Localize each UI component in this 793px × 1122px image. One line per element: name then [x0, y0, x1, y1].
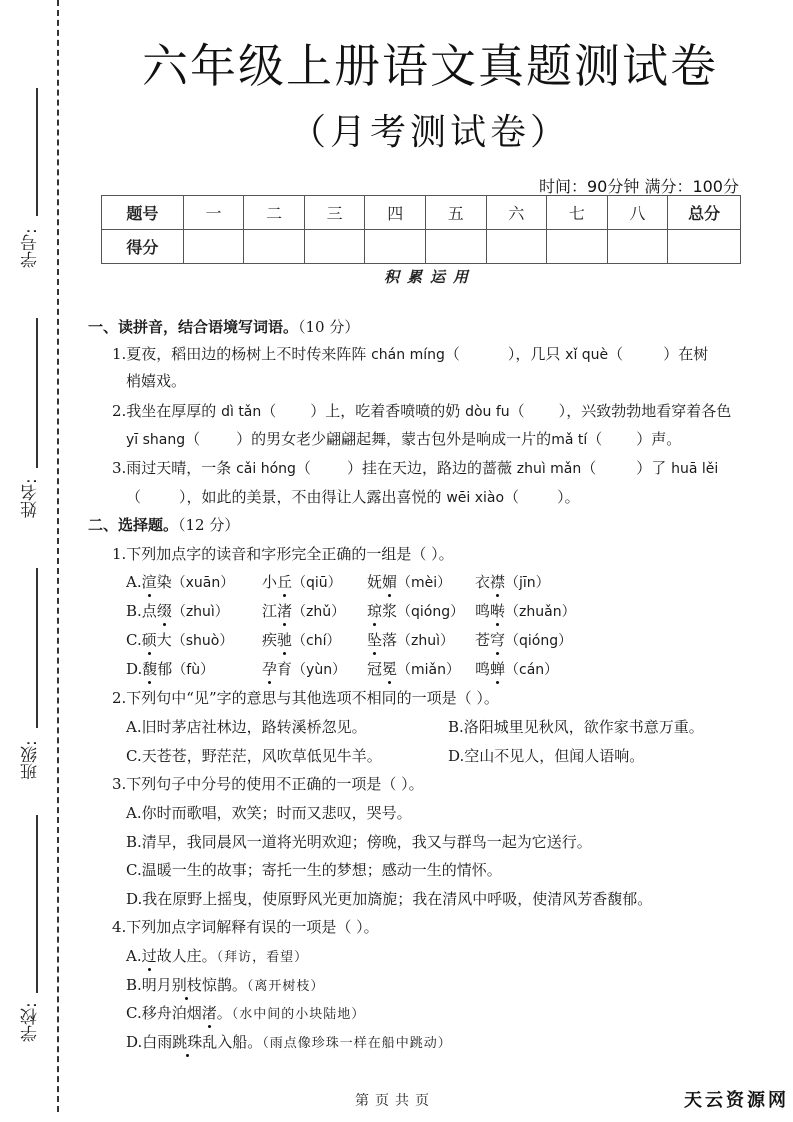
- s2-q3-option-b[interactable]: B.清早，我同晨风一道将光明欢迎；傍晚，我又与群鸟一起为它送行。: [126, 831, 592, 852]
- dotted-char: 穹: [490, 631, 505, 649]
- word-char: 点: [142, 602, 157, 620]
- pinyin: dòu fu: [465, 404, 510, 420]
- option-b-item-2: 江渚（zhǔ）: [262, 600, 345, 621]
- answer-blank[interactable]: （）: [504, 488, 565, 506]
- pinyin: yī shang: [126, 432, 185, 448]
- s2-q4-option-b[interactable]: B.明月别枝惊鹊。（离开树枝）: [126, 974, 324, 995]
- watermark-logo: 天云资源网: [684, 1086, 789, 1112]
- table-cell: 题号: [102, 196, 184, 230]
- section-2-points: （12 分）: [178, 516, 239, 534]
- pinyin: （zhuǎn）: [505, 604, 576, 620]
- word-char: 落: [382, 631, 397, 649]
- answer-blank[interactable]: （）: [445, 345, 516, 363]
- s1-q1-line2: 梢嬉戏。: [126, 370, 186, 391]
- word-char: 浆: [382, 602, 397, 620]
- table-cell: 总分: [668, 196, 741, 230]
- dotted-char: 渚: [202, 1004, 217, 1022]
- word-char: 鸣: [475, 602, 490, 620]
- pinyin: （miǎn）: [397, 662, 460, 678]
- word-char: 衣: [475, 573, 490, 591]
- s2-q3-option-d[interactable]: D.我在原野上摇曳，使原野风光更加旖旎；我在清风中呼吸，使清风芳香馥郁。: [126, 888, 652, 909]
- option-text: 故人庄。: [157, 947, 217, 965]
- exam-meta: 时间：90分钟 满分：100分: [539, 174, 739, 197]
- word-char: 江: [262, 602, 277, 620]
- option-b-item-4: 鸣啭（zhuǎn）: [475, 600, 576, 621]
- option-text: 惊鹊。: [202, 976, 247, 994]
- s2-q2-option-a[interactable]: A.旧时茅店社林边，路转溪桥忽见。: [126, 716, 367, 737]
- score-input-cell[interactable]: [365, 230, 426, 264]
- page-number: 第页共页: [355, 1090, 435, 1110]
- option-d-item-3: 冠冕（miǎn）: [367, 658, 460, 679]
- option-c-item-3: 坠落（zhuì）: [367, 629, 454, 650]
- score-input-cell[interactable]: [668, 230, 741, 264]
- question-text: ，几只: [515, 345, 565, 363]
- student-id-field-line[interactable]: [36, 88, 38, 216]
- dotted-char: 馥: [142, 660, 157, 678]
- s2-q2-option-b[interactable]: B.洛阳城里见秋风，欲作家书意万重。: [448, 716, 704, 737]
- option-c-item-2: 疾驰（chí）: [262, 629, 341, 650]
- dotted-char: 蝉: [490, 660, 505, 678]
- option-c-item-4: 苍穹（qióng）: [475, 629, 572, 650]
- pinyin: （shuò）: [172, 633, 234, 649]
- explanation: （雨点像珍珠一样在船中跳动）: [262, 1036, 452, 1051]
- option-text: A.: [126, 947, 142, 965]
- score-input-cell[interactable]: [304, 230, 365, 264]
- option-c[interactable]: C.硕大（shuò）: [126, 629, 233, 650]
- explanation: （水中间的小块陆地）: [232, 1007, 366, 1022]
- table-cell: 八: [607, 196, 668, 230]
- pinyin: mǎ tí: [551, 432, 587, 448]
- section-1-title: 一、读拼音，结合语境写词语。: [88, 318, 298, 336]
- question-text: 声。: [651, 430, 681, 448]
- score-table: 题号 一 二 三 四 五 六 七 八 总分 得分: [101, 195, 741, 264]
- table-cell: 五: [426, 196, 487, 230]
- dotted-char: 渲: [142, 573, 157, 591]
- s2-q1-stem: 1.下列加点字的读音和字形完全正确的一组是（ ）。: [112, 543, 454, 564]
- option-letter: A.: [126, 573, 142, 591]
- option-letter: C.: [126, 631, 142, 649]
- dotted-char: 媚: [382, 573, 397, 591]
- s1-q3-line2: （），如此的美景，不由得让人露出喜悦的 wēi xiào（）。: [126, 486, 580, 507]
- option-letter: D.: [126, 660, 142, 678]
- score-table-score-row: 得分: [102, 230, 741, 264]
- word-char: 育: [277, 660, 292, 678]
- answer-blank[interactable]: （）: [126, 488, 187, 506]
- question-text: ，如此的美景，不由得让人露出喜悦的: [187, 488, 447, 506]
- s1-q3-line1: 3.雨过天晴，一条 cǎi hóng（）挂在天边，路边的蔷薇 zhuì mǎn（…: [112, 457, 718, 478]
- dotted-char: 别枝: [172, 976, 202, 994]
- answer-blank[interactable]: （）: [581, 459, 651, 477]
- pinyin: zhuì mǎn: [517, 461, 582, 477]
- dotted-char: 啭: [490, 602, 505, 620]
- section-1-points: （10 分）: [298, 318, 359, 336]
- answer-blank[interactable]: （）: [510, 402, 567, 420]
- dotted-char: 渚: [277, 602, 292, 620]
- pinyin: （qióng）: [505, 633, 572, 649]
- cut-line: [57, 0, 59, 1112]
- word-char: 冠: [367, 660, 382, 678]
- score-input-cell[interactable]: [426, 230, 487, 264]
- s2-q2-option-d[interactable]: D.空山不见人，但闻人语响。: [448, 745, 644, 766]
- pinyin: （mèi）: [397, 575, 451, 591]
- class-field-line[interactable]: [36, 568, 38, 728]
- dotted-char: 硕: [142, 631, 157, 649]
- pinyin: （zhuì）: [172, 604, 229, 620]
- score-input-cell[interactable]: [547, 230, 608, 264]
- option-b[interactable]: B.点缀（zhuì）: [126, 600, 229, 621]
- option-a[interactable]: A.渲染（xuān）: [126, 571, 234, 592]
- pinyin: （jīn）: [505, 575, 550, 591]
- s1-q1-line1: 1.夏夜，稻田边的杨树上不时传来阵阵 chán míng（），几只 xǐ què…: [112, 343, 708, 364]
- table-cell: 一: [183, 196, 244, 230]
- pinyin: （qiū）: [292, 575, 342, 591]
- pinyin: （chí）: [292, 633, 340, 649]
- page-title: 六年级上册语文真题测试卷: [90, 30, 770, 96]
- s2-q4-option-d[interactable]: D.白雨跳珠乱入船。（雨点像珍珠一样在船中跳动）: [126, 1031, 452, 1052]
- option-text: D.白雨: [126, 1033, 172, 1051]
- class-label: 班级:: [18, 738, 44, 782]
- student-id-label: 学号:: [18, 228, 44, 268]
- question-text: 3.雨过天晴，一条: [112, 459, 236, 477]
- option-text: 乱入船。: [202, 1033, 262, 1051]
- explanation: （拜访，看望）: [217, 950, 309, 965]
- question-text: 挂在天边，路边的蔷薇: [362, 459, 517, 477]
- s2-q4-option-a[interactable]: A.过故人庄。（拜访，看望）: [126, 945, 308, 966]
- option-b-item-3: 琼浆（qióng）: [367, 600, 464, 621]
- pinyin: （zhuì）: [397, 633, 454, 649]
- section-2-title: 二、选择题。: [88, 516, 178, 534]
- table-cell: 三: [304, 196, 365, 230]
- s2-q4-stem: 4.下列加点字词解释有误的一项是（ ）。: [112, 916, 379, 937]
- s1-q2-line2: yī shang（）的男女老少翩翩起舞，蒙古包外是响成一片的mǎ tí（）声。: [126, 428, 681, 449]
- pinyin: （qióng）: [397, 604, 464, 620]
- pinyin: xǐ què: [565, 347, 608, 363]
- option-text: B.明月: [126, 976, 172, 994]
- pinyin: dì tǎn: [221, 404, 261, 420]
- s2-q2-stem: 2.下列句中“见”字的意思与其他选项不相同的一项是（ ）。: [112, 687, 499, 708]
- score-input-cell[interactable]: [486, 230, 547, 264]
- pinyin: （fù）: [172, 662, 214, 678]
- question-text: 。: [565, 488, 580, 506]
- s2-q3-option-c[interactable]: C.温暖一生的故事；寄托一生的梦想；感动一生的情怀。: [126, 859, 502, 880]
- question-text: 1.夏夜，稻田边的杨树上不时传来阵阵: [112, 345, 371, 363]
- word-char: 鸣: [475, 660, 490, 678]
- dotted-char: 襟: [490, 573, 505, 591]
- pinyin: huā lěi: [671, 461, 718, 477]
- option-a-item-2: 小丘（qiū）: [262, 571, 342, 592]
- table-cell: 六: [486, 196, 547, 230]
- s1-q2-line1: 2.我坐在厚厚的 dì tǎn（）上，吃着香喷喷的奶 dòu fu（），兴致勃勃…: [112, 400, 731, 421]
- pinyin: （xuān）: [172, 575, 235, 591]
- option-letter: B.: [126, 602, 142, 620]
- option-d[interactable]: D.馥郁（fù）: [126, 658, 214, 679]
- question-text: 2.我坐在厚厚的: [112, 402, 221, 420]
- answer-blank[interactable]: （）: [587, 430, 651, 448]
- answer-blank[interactable]: （）: [296, 459, 362, 477]
- word-char: 染: [157, 573, 172, 591]
- answer-blank[interactable]: （）: [608, 345, 678, 363]
- pinyin: （zhǔ）: [292, 604, 345, 620]
- s2-q2-option-c[interactable]: C.天苍苍，野茫茫，风吹草低见牛羊。: [126, 745, 382, 766]
- table-cell: 二: [244, 196, 305, 230]
- score-table-header-row: 题号 一 二 三 四 五 六 七 八 总分: [102, 196, 741, 230]
- option-a-item-4: 衣襟（jīn）: [475, 571, 550, 592]
- score-input-cell[interactable]: [244, 230, 305, 264]
- s2-q4-option-c[interactable]: C.移舟泊烟渚。（水中间的小块陆地）: [126, 1002, 365, 1023]
- name-field-line[interactable]: [36, 318, 38, 468]
- question-text: ，兴致勃勃地看穿着各色: [566, 402, 731, 420]
- word-char: 疾: [262, 631, 277, 649]
- dotted-char: 孕: [262, 660, 277, 678]
- word-char: 郁: [157, 660, 172, 678]
- page-subtitle: （月考测试卷）: [90, 104, 770, 155]
- dotted-char: 坠: [367, 631, 382, 649]
- school-label: 学校:: [18, 1000, 44, 1044]
- option-d-item-4: 鸣蝉（cán）: [475, 658, 558, 679]
- pinyin: cǎi hóng: [236, 461, 296, 477]
- score-input-cell[interactable]: [607, 230, 668, 264]
- dotted-char: 冕: [382, 660, 397, 678]
- dotted-char: 跳珠: [172, 1033, 202, 1051]
- score-input-cell[interactable]: [183, 230, 244, 264]
- pinyin: （yùn）: [292, 662, 346, 678]
- table-cell: 得分: [102, 230, 184, 264]
- dotted-char: 缀: [157, 602, 172, 620]
- question-text: 了: [651, 459, 671, 477]
- word-char: 妩: [367, 573, 382, 591]
- explanation: （离开树枝）: [247, 979, 325, 994]
- answer-blank[interactable]: （）: [261, 402, 325, 420]
- option-text: 。: [217, 1004, 232, 1022]
- word-char: 小: [262, 573, 277, 591]
- dotted-char: 丘: [277, 573, 292, 591]
- dotted-char: 过: [142, 947, 157, 965]
- answer-blank[interactable]: （）: [185, 430, 251, 448]
- option-text: C.移舟泊烟: [126, 1004, 202, 1022]
- pinyin: chán míng: [371, 347, 445, 363]
- table-cell: 四: [365, 196, 426, 230]
- dotted-char: 驰: [277, 631, 292, 649]
- pinyin: wēi xiào: [446, 490, 504, 506]
- option-a-item-3: 妩媚（mèi）: [367, 571, 451, 592]
- word-char: 大: [157, 631, 172, 649]
- school-field-line[interactable]: [36, 815, 38, 993]
- question-text: 上，吃着香喷喷的奶: [325, 402, 465, 420]
- s2-q3-stem: 3.下列句子中分号的使用不正确的一项是（ ）。: [112, 773, 424, 794]
- pinyin: （cán）: [505, 662, 558, 678]
- s2-q3-option-a[interactable]: A.你时而歌唱，欢笑；时而又悲叹，哭号。: [126, 802, 412, 823]
- option-d-item-2: 孕育（yùn）: [262, 658, 346, 679]
- question-text: 在树: [678, 345, 708, 363]
- dotted-char: 琼: [367, 602, 382, 620]
- name-label: 姓名:: [18, 478, 44, 518]
- table-cell: 七: [547, 196, 608, 230]
- word-char: 苍: [475, 631, 490, 649]
- section-2-heading: 二、选择题。（12 分）: [88, 514, 239, 535]
- question-text: 的男女老少翩翩起舞，蒙古包外是响成一片的: [251, 430, 551, 448]
- section-banner: 积累运用: [90, 266, 770, 287]
- section-1-heading: 一、读拼音，结合语境写词语。（10 分）: [88, 316, 359, 337]
